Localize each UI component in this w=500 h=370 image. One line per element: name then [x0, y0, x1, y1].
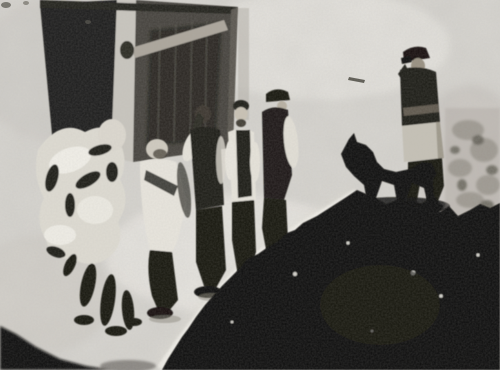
halftone-grain-overlay: [0, 0, 500, 370]
photo-canvas: [0, 0, 500, 370]
historical-photo: [0, 0, 500, 370]
